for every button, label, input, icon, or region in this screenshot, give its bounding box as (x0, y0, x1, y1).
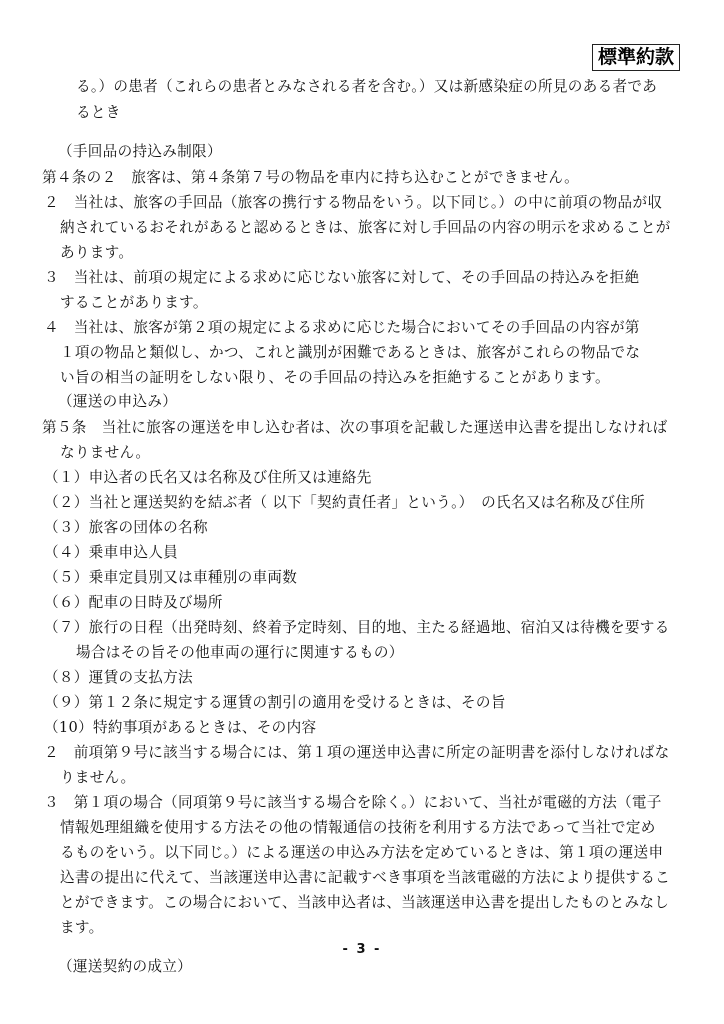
text-line: 第４条の２ 旅客は、第４条第７号の物品を車内に持ち込むことができません。 (42, 168, 579, 188)
text-line: ３ 当社は、前項の規定による求めに応じない旅客に対して、その手回品の持込みを拒絶 (44, 268, 639, 288)
text-line: することがあります。 (60, 293, 208, 313)
text-line: い旨の相当の証明をしない限り、その手回品の持込みを拒絶することがあります。 (60, 368, 610, 388)
text-line: とができます。この場合において、当該申込者は、当該運送申込書を提出したものとみな… (60, 893, 669, 913)
text-line: 納されているおそれがあると認めるときは、旅客に対し手回品の内容の明示を求めること… (60, 218, 671, 238)
text-line: ます。 (60, 918, 104, 938)
text-line: 情報処理組織を使用する方法その他の情報通信の技術を利用する方法であって当社で定め (60, 818, 656, 838)
text-line: ４ 当社は、旅客が第２項の規定による求めに応じた場合においてその手回品の内容が第 (44, 318, 640, 338)
text-line: 場合はその旨その他車両の運行に関連するもの） (76, 643, 404, 663)
standard-terms-badge: 標準約款 (592, 44, 680, 71)
text-line: ２ 当社は、旅客の手回品（旅客の携行する物品をいう。以下同じ。）の中に前項の物品… (44, 193, 662, 213)
text-line: （２）当社と運送契約を結ぶ者（ 以下「契約責任者」という。） の氏名又は名称及び… (44, 493, 645, 513)
text-line: 第５条 当社に旅客の運送を申し込む者は、次の事項を記載した運送申込書を提出しなけ… (42, 418, 668, 438)
text-line: るものをいう。以下同じ。）による運送の申込み方法を定めているときは、第１項の運送… (60, 843, 663, 863)
text-line: （10）特約事項があるときは、その内容 (44, 718, 316, 738)
text-line: なりません。 (60, 443, 150, 463)
section-heading: （運送契約の成立） (58, 957, 192, 977)
text-line: ３ 第１項の場合（同項第９号に該当する場合を除く。）において、当社が電磁的方法（… (44, 793, 662, 813)
text-line: （７）旅行の日程（出発時刻、終着予定時刻、目的地、主たる経過地、宿泊又は待機を要… (44, 618, 670, 638)
text-line: １項の物品と類似し、かつ、これと識別が困難であるときは、旅客がこれらの物品でな (60, 343, 640, 363)
text-line: （３）旅客の団体の名称 (44, 518, 208, 538)
text-line: あります。 (60, 243, 133, 263)
text-line: （６）配車の日時及び場所 (44, 593, 223, 613)
text-line: る。）の患者（これらの患者とみなされる者を含む。）又は新感染症の所見のある者であ (76, 77, 657, 97)
text-line: りません。 (60, 768, 135, 788)
text-line: るとき (76, 103, 121, 123)
text-line: （４）乗車申込人員 (44, 543, 178, 563)
text-line: （９）第１２条に規定する運賃の割引の適用を受けるときは、その旨 (44, 693, 506, 713)
section-heading: （手回品の持込み制限） (58, 142, 222, 162)
page-number: - 3 - (0, 942, 724, 957)
text-line: ２ 前項第９号に該当する場合には、第１項の運送申込書に所定の証明書を添付しなけれ… (44, 743, 670, 763)
section-heading: （運送の申込み） (58, 392, 177, 412)
text-line: 込書の提出に代えて、当該運送申込書に記載すべき事項を当該電磁的方法により提供する… (60, 868, 670, 888)
text-line: （５）乗車定員別又は車種別の車両数 (44, 568, 297, 588)
text-line: （１）申込者の氏名又は名称及び住所又は連絡先 (44, 468, 372, 488)
text-line: （８）運賃の支払方法 (44, 668, 193, 688)
